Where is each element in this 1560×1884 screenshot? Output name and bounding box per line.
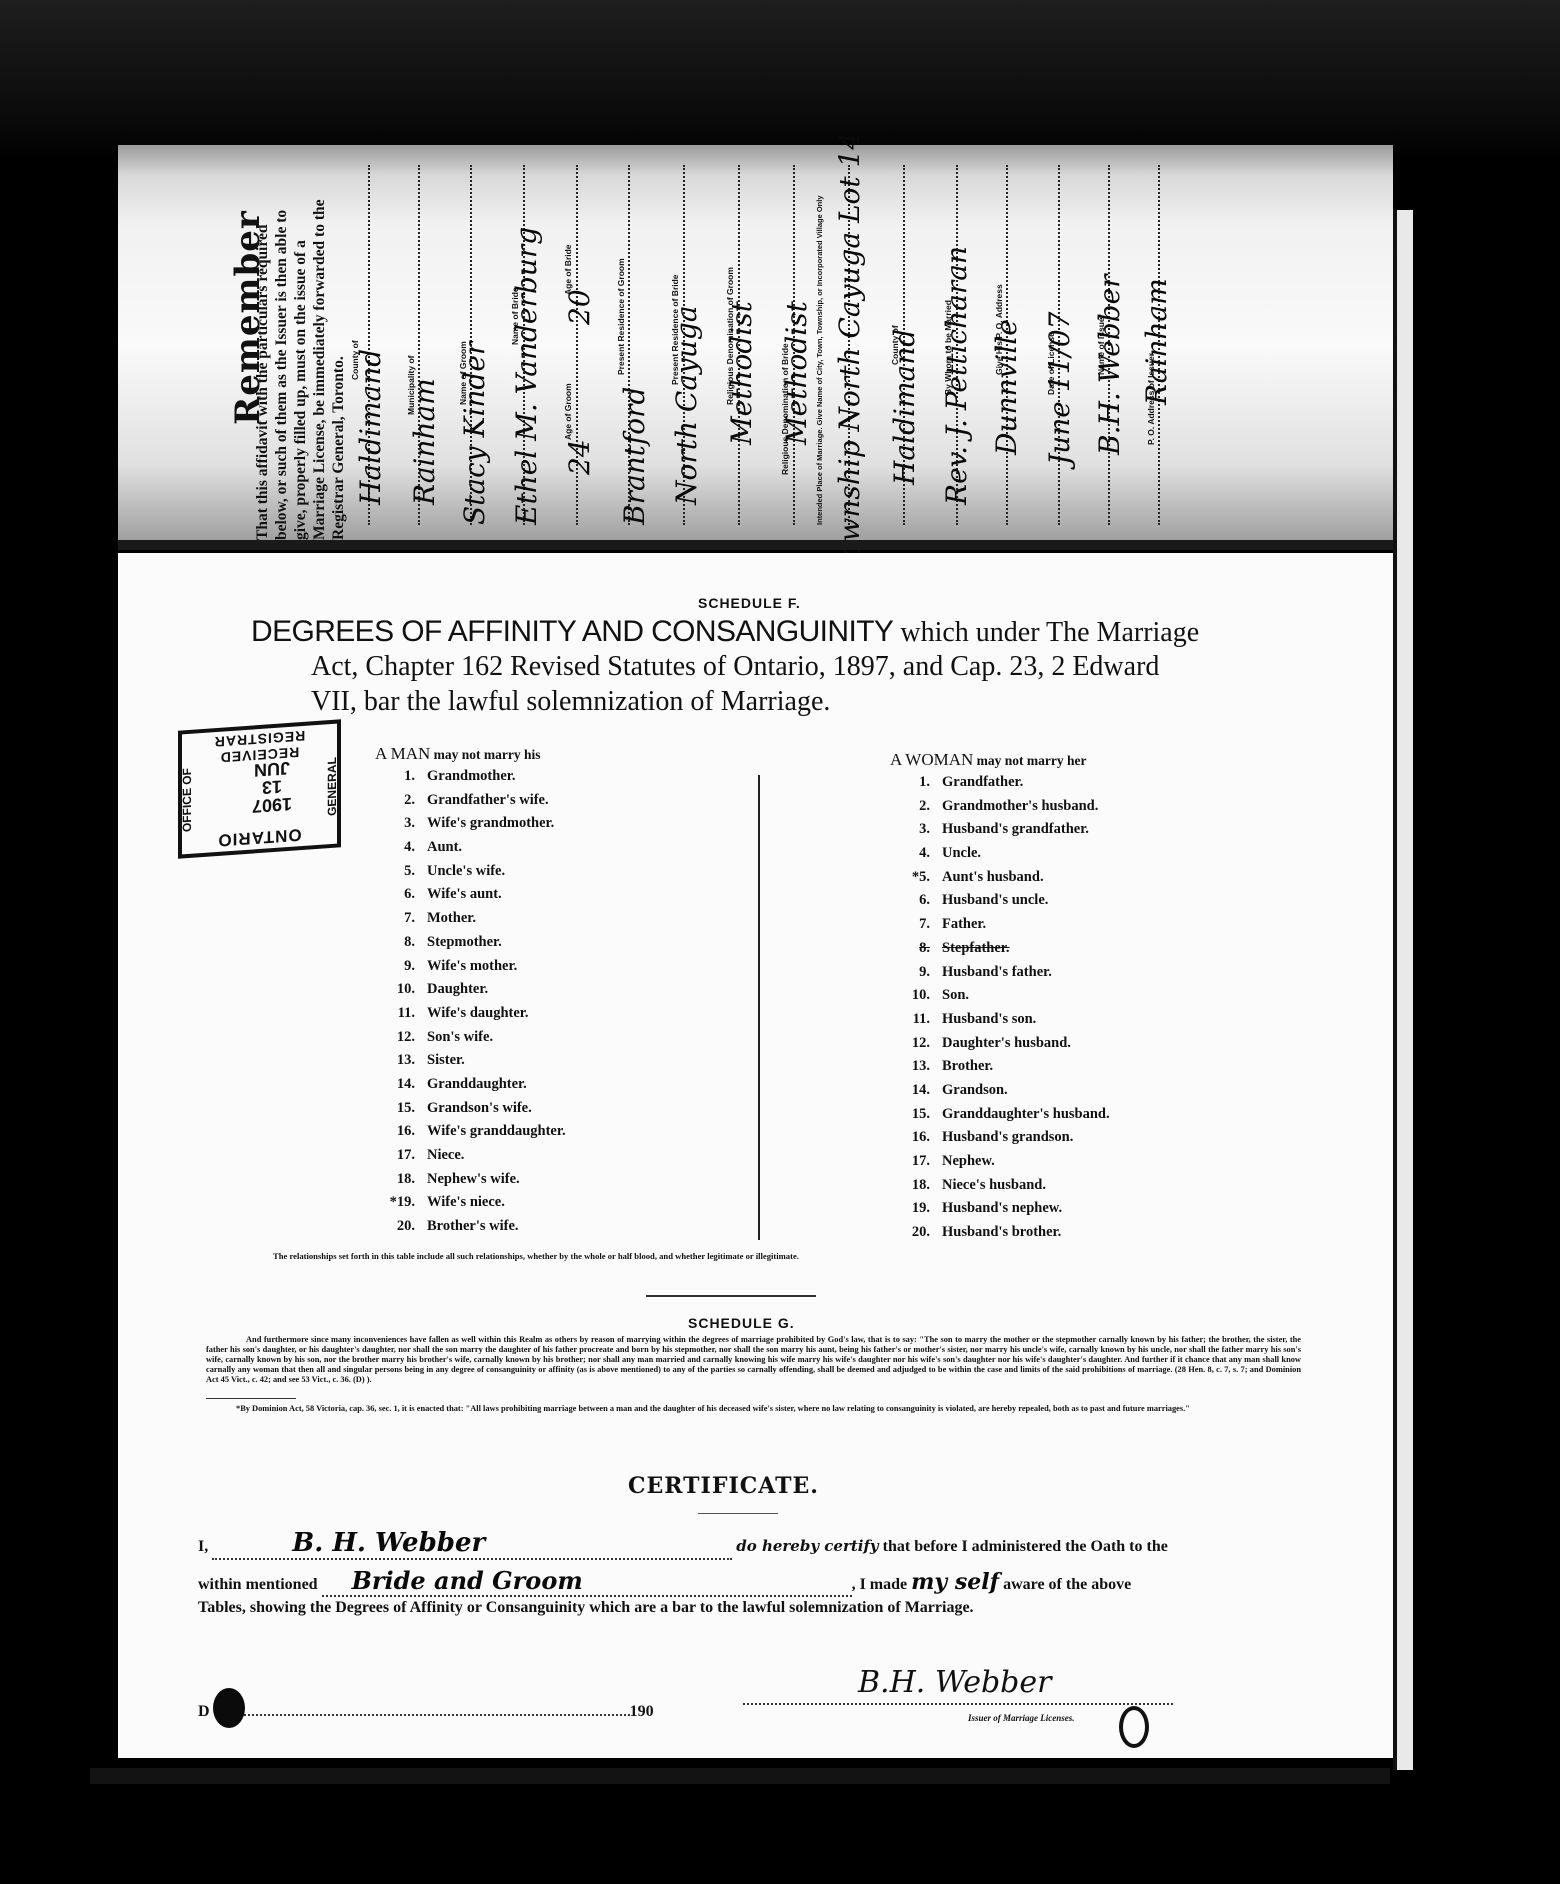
list-item: 16.Wife's granddaughter. (375, 1123, 566, 1147)
item-text: Granddaughter's husband. (942, 1106, 1110, 1130)
list-item: 4.Uncle. (890, 845, 1110, 869)
man-prohibited-list: A MAN may not marry his 1.Grandmother. 2… (375, 744, 566, 1242)
item-text: Niece's husband. (942, 1177, 1046, 1201)
item-text: Wife's niece. (427, 1194, 505, 1218)
list-item: 15.Grandson's wife. (375, 1100, 566, 1124)
field-value-officiant: Rev. J. Petticharan (940, 246, 973, 505)
list-item: 13.Brother. (890, 1058, 1110, 1082)
list-item: 18.Nephew's wife. (375, 1171, 566, 1195)
item-text: Husband's son. (942, 1011, 1036, 1035)
field-label-groom-age: Age of Groom (563, 383, 573, 440)
list-item: 10.Son. (890, 987, 1110, 1011)
item-text: Wife's mother. (427, 958, 517, 982)
item-text: Husband's uncle. (942, 892, 1048, 916)
item-number: 4. (890, 845, 942, 869)
made-value-handwritten: my self (911, 1569, 999, 1595)
schedule-f-title-line1: DEGREES OF AFFINITY AND CONSANGUINITY wh… (251, 615, 1199, 649)
field-value-issuer-address: Rainham (1140, 278, 1173, 405)
item-number: 19. (890, 1200, 942, 1224)
list-item: 10.Daughter. (375, 981, 566, 1005)
item-number: 2. (375, 792, 427, 816)
item-text: Father. (942, 916, 986, 940)
certificate-title: CERTIFICATE. (628, 1473, 819, 1499)
list-item: 20.Husband's brother. (890, 1224, 1110, 1248)
item-number: 12. (890, 1035, 942, 1059)
list-item: 14.Grandson. (890, 1082, 1110, 1106)
field-value-bride-religion: Methodist (780, 301, 813, 445)
field-label-bride-age: Age of Bride (563, 244, 573, 295)
item-number: 2. (890, 798, 942, 822)
date-row: D190 (198, 1703, 654, 1721)
woman-prohibited-list: A WOMAN may not marry her 1.Grandfather.… (890, 750, 1110, 1248)
item-text: Grandfather's wife. (427, 792, 549, 816)
item-text: Daughter's husband. (942, 1035, 1071, 1059)
list-item: 8.Stepmother. (375, 934, 566, 958)
item-text: Sister. (427, 1052, 465, 1076)
item-number: 8. (890, 940, 942, 964)
page-bottom-edge (90, 1768, 1390, 1784)
item-number: 5. (375, 863, 427, 887)
item-number: 8. (375, 934, 427, 958)
item-number: 3. (375, 815, 427, 839)
item-text: Son's wife. (427, 1029, 493, 1053)
registrar-received-stamp: ONTARIO GENERAL OFFICE OF 1907 13 JUN RE… (178, 719, 341, 858)
item-text: Grandfather. (942, 774, 1023, 798)
item-text: Wife's grandmother. (427, 815, 554, 839)
parties-handwritten: Bride and Groom (322, 1566, 583, 1595)
item-number: 9. (890, 964, 942, 988)
remember-body: That this affidavit with the particulars… (253, 200, 348, 540)
list-item: 9.Husband's father. (890, 964, 1110, 988)
field-value-license-date: June 11/07 (1043, 312, 1076, 465)
list-item: 7.Father. (890, 916, 1110, 940)
item-text: Granddaughter. (427, 1076, 527, 1100)
list-item: 7.Mother. (375, 910, 566, 934)
item-number: 10. (375, 981, 427, 1005)
item-number: 16. (375, 1123, 427, 1147)
list-item: 17.Nephew. (890, 1153, 1110, 1177)
schedule-g-body: And furthermore since many inconvenience… (206, 1335, 1301, 1385)
list-item: 5.Uncle's wife. (375, 863, 566, 887)
item-text: Aunt. (427, 839, 462, 863)
item-text: Wife's aunt. (427, 886, 502, 910)
item-number: 14. (375, 1076, 427, 1100)
punch-hole (213, 1688, 245, 1728)
item-text: Brother. (942, 1058, 993, 1082)
list-item: 15.Granddaughter's husband. (890, 1106, 1110, 1130)
field-value-officiant-address: Dunnville (990, 319, 1023, 455)
certificate-line-3: Tables, showing the Degrees of Affinity … (198, 1599, 1318, 1617)
item-number: 15. (890, 1106, 942, 1130)
item-number: 9. (375, 958, 427, 982)
item-number: 12. (375, 1029, 427, 1053)
certificate-line-1: I, B. H. Webber do hereby certify that b… (198, 1528, 1318, 1560)
field-value-municipality: Rainham (408, 378, 441, 505)
list-item: 13.Sister. (375, 1052, 566, 1076)
field-label-groom-residence: Present Residence of Groom (616, 258, 626, 375)
item-number: 7. (890, 916, 942, 940)
item-text: Husband's father. (942, 964, 1052, 988)
list-item: 14.Granddaughter. (375, 1076, 566, 1100)
section-divider (646, 1295, 816, 1297)
list-item: 11.Husband's son. (890, 1011, 1110, 1035)
column-divider (758, 775, 760, 1240)
list-item: 16.Husband's grandson. (890, 1129, 1110, 1153)
item-text: Brother's wife. (427, 1218, 519, 1242)
item-number: 14. (890, 1082, 942, 1106)
item-number: 1. (890, 774, 942, 798)
list-item: 2.Grandmother's husband. (890, 798, 1110, 822)
list-item: 3.Husband's grandfather. (890, 821, 1110, 845)
signature-line (743, 1703, 1173, 1705)
list-item: 12.Son's wife. (375, 1029, 566, 1053)
item-text: Husband's grandfather. (942, 821, 1089, 845)
schedule-g-label: SCHEDULE G. (688, 1315, 795, 1331)
list-item: 18.Niece's husband. (890, 1177, 1110, 1201)
list-item: 1.Grandfather. (890, 774, 1110, 798)
page-edge (1393, 210, 1413, 1770)
item-text: Nephew's wife. (427, 1171, 520, 1195)
field-value-bride-residence: North Cayuga (670, 305, 703, 505)
item-text: Aunt's husband. (942, 869, 1044, 893)
item-text: Nephew. (942, 1153, 995, 1177)
field-value-groom-religion: Methodist (725, 301, 758, 445)
item-number: 1. (375, 768, 427, 792)
list-item: 19.Husband's nephew. (890, 1200, 1110, 1224)
item-number: 17. (890, 1153, 942, 1177)
footnote-rule (206, 1398, 296, 1399)
item-text: Husband's brother. (942, 1224, 1061, 1248)
field-value-groom-residence: Brantford (618, 387, 651, 525)
item-text: Stepmother. (427, 934, 502, 958)
affidavit-strip: Remember That this affidavit with the pa… (118, 145, 1393, 550)
issuer-name-handwritten: B. H. Webber (212, 1528, 485, 1558)
schedule-f-title-line2: Act, Chapter 162 Revised Statutes of Ont… (311, 651, 1159, 683)
field-value-place-of-marriage: Township North Cayuga Lot 14 (833, 132, 866, 575)
field-value-issuer-name: B.H. Webber (1093, 274, 1126, 455)
list-item: 6.Husband's uncle. (890, 892, 1110, 916)
item-number: 20. (890, 1224, 942, 1248)
schedule-g-footnote: *By Dominion Act, 58 Victoria, cap. 36, … (206, 1404, 1301, 1414)
field-value-bride-age: 20 (563, 289, 596, 325)
item-text: Son. (942, 987, 969, 1011)
item-number: *19. (375, 1194, 427, 1218)
list-item: 20.Brother's wife. (375, 1218, 566, 1242)
list-item: 17.Niece. (375, 1147, 566, 1171)
field-value-groom-name: Stacy Kinder (458, 342, 491, 525)
item-number: 18. (375, 1171, 427, 1195)
item-number: 6. (890, 892, 942, 916)
field-value-bride-name: Ethel M. Vanderburg (510, 227, 543, 525)
item-text: Uncle's wife. (427, 863, 505, 887)
list-item: 9.Wife's mother. (375, 958, 566, 982)
item-number: 17. (375, 1147, 427, 1171)
item-number: 4. (375, 839, 427, 863)
certificate-line-2: within mentioned Bride and Groom, I made… (198, 1566, 1318, 1597)
item-number: 20. (375, 1218, 427, 1242)
item-number: 3. (890, 821, 942, 845)
item-text: Daughter. (427, 981, 488, 1005)
item-text: Mother. (427, 910, 476, 934)
item-text: Uncle. (942, 845, 981, 869)
item-number: *5. (890, 869, 942, 893)
item-text: Wife's granddaughter. (427, 1123, 566, 1147)
item-text: Husband's grandson. (942, 1129, 1073, 1153)
item-number: 11. (890, 1011, 942, 1035)
item-text: Grandson. (942, 1082, 1008, 1106)
certificate-rule (698, 1513, 778, 1514)
issuer-caption: Issuer of Marriage Licenses. (968, 1713, 1075, 1723)
punch-hole-ring (1119, 1706, 1149, 1748)
list-item-struck: 8.Stepfather. (890, 940, 1110, 964)
relationships-note: The relationships set forth in this tabl… (273, 1251, 799, 1261)
schedule-f-label: SCHEDULE F. (698, 595, 801, 611)
item-text: Grandmother. (427, 768, 515, 792)
schedule-f-title-line3: VII, bar the lawful solemnization of Mar… (311, 686, 830, 718)
item-number: 7. (375, 910, 427, 934)
list-item: 4.Aunt. (375, 839, 566, 863)
list-item: 3.Wife's grandmother. (375, 815, 566, 839)
list-item: 1.Grandmother. (375, 768, 566, 792)
item-number: 11. (375, 1005, 427, 1029)
fold-line (118, 540, 1393, 550)
list-item: 2.Grandfather's wife. (375, 792, 566, 816)
field-value-groom-age: 24 (563, 439, 596, 475)
item-text: Stepfather. (942, 940, 1010, 964)
list-item: 12.Daughter's husband. (890, 1035, 1110, 1059)
item-number: 13. (375, 1052, 427, 1076)
list-item: 11.Wife's daughter. (375, 1005, 566, 1029)
item-number: 18. (890, 1177, 942, 1201)
item-text: Grandmother's husband. (942, 798, 1098, 822)
item-number: 6. (375, 886, 427, 910)
list-item: 6.Wife's aunt. (375, 886, 566, 910)
field-value-county-2: Haldimand (888, 329, 921, 485)
item-number: 10. (890, 987, 942, 1011)
item-text: Husband's nephew. (942, 1200, 1062, 1224)
item-text: Niece. (427, 1147, 464, 1171)
item-number: 16. (890, 1129, 942, 1153)
item-text: Grandson's wife. (427, 1100, 532, 1124)
field-value-county: Haldimand (354, 349, 387, 505)
issuer-signature: B.H. Webber (858, 1665, 1051, 1700)
item-number: 13. (890, 1058, 942, 1082)
item-number: 15. (375, 1100, 427, 1124)
field-label-place-of-marriage: Intended Place of Marriage. Give Name of… (815, 505, 824, 525)
list-item: *19.Wife's niece. (375, 1194, 566, 1218)
list-item: *5.Aunt's husband. (890, 869, 1110, 893)
schedule-page: SCHEDULE F. DEGREES OF AFFINITY AND CONS… (118, 553, 1393, 1758)
item-text: Wife's daughter. (427, 1005, 529, 1029)
